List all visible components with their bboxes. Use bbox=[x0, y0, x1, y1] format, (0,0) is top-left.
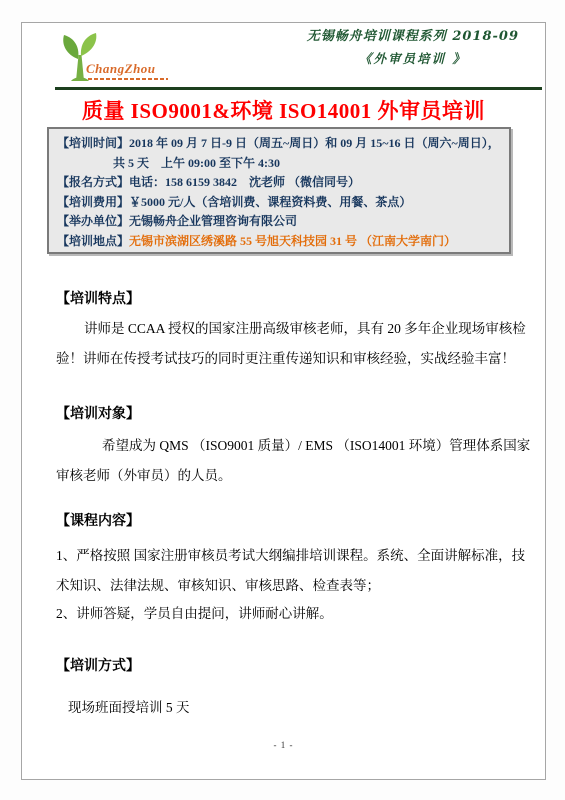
info-value: 2018 年 09 月 7 日-9 日（周五~周日）和 09 月 15~16 日… bbox=[129, 136, 500, 150]
info-label: 【举办单位】 bbox=[57, 214, 129, 228]
info-row-location: 【培训地点】无锡市滨湖区绣溪路 55 号旭天科技园 31 号 （江南大学南门） bbox=[57, 232, 509, 252]
section-heading-method: 【培训方式】 bbox=[56, 655, 140, 675]
info-row-fee: 【培训费用】￥5000 元/人（含培训费、课程资料费、用餐、茶点） bbox=[57, 193, 509, 213]
section-body-method: 现场班面授培训 5 天 bbox=[56, 693, 546, 723]
brand-underline bbox=[88, 78, 168, 80]
brand-text: ChangZhou bbox=[86, 61, 156, 77]
info-label: 【培训时间】 bbox=[57, 136, 129, 150]
course-info-box: 【培训时间】2018 年 09 月 7 日-9 日（周五~周日）和 09 月 1… bbox=[47, 127, 511, 254]
header-series: 无锡畅舟培训课程系列 2018-09 《外审员培训 》 bbox=[307, 28, 519, 67]
info-row-time: 【培训时间】2018 年 09 月 7 日-9 日（周五~周日）和 09 月 1… bbox=[57, 134, 509, 154]
info-value: 共 5 天 上午 09:00 至下午 4:30 bbox=[113, 156, 280, 170]
info-value: 无锡畅舟企业管理咨询有限公司 bbox=[129, 214, 297, 228]
course-content-item: 1、严格按照 国家注册审核员考试大纲编排培训课程。系统、全面讲解标准，技术知识、… bbox=[56, 541, 534, 601]
page-number: - 1 - bbox=[22, 740, 545, 750]
section-heading-features: 【培训特点】 bbox=[56, 288, 140, 308]
info-label: 【培训地点】 bbox=[57, 234, 129, 248]
screenshot-canvas: ChangZhou 无锡畅舟培训课程系列 2018-09 《外审员培训 》 质量… bbox=[0, 0, 565, 800]
page-title: 质量 ISO9001&环境 ISO14001 外审员培训 bbox=[22, 95, 545, 125]
series-line2: 《外审员培训 》 bbox=[307, 50, 519, 67]
section-heading-content: 【课程内容】 bbox=[56, 510, 140, 530]
info-value: ￥5000 元/人（含培训费、课程资料费、用餐、茶点） bbox=[129, 195, 411, 209]
info-row-organizer: 【举办单位】无锡畅舟企业管理咨询有限公司 bbox=[57, 212, 509, 232]
info-value-address: 无锡市滨湖区绣溪路 55 号旭天科技园 31 号 （江南大学南门） bbox=[129, 234, 456, 248]
section-body-features: 讲师是 CCAA 授权的国家注册高级审核老师，具有 20 多年企业现场审核检验！… bbox=[56, 314, 534, 374]
info-label: 【培训费用】 bbox=[57, 195, 129, 209]
info-row-signup: 【报名方式】电话：158 6159 3842 沈老师 （微信同号） bbox=[57, 173, 509, 193]
company-logo: ChangZhou bbox=[56, 31, 176, 87]
info-value: 电话：158 6159 3842 沈老师 （微信同号） bbox=[129, 175, 360, 189]
info-label: 【报名方式】 bbox=[57, 175, 129, 189]
section-body-audience: 希望成为 QMS （ISO9001 质量）/ EMS （ISO14001 环境）… bbox=[56, 431, 534, 491]
series-line1: 无锡畅舟培训课程系列 2018-09 bbox=[307, 28, 519, 45]
document-page: ChangZhou 无锡畅舟培训课程系列 2018-09 《外审员培训 》 质量… bbox=[21, 22, 546, 780]
course-content-item: 2、讲师答疑，学员自由提问，讲师耐心讲解。 bbox=[56, 599, 534, 629]
header-divider bbox=[55, 87, 542, 90]
info-row-time-cont: 共 5 天 上午 09:00 至下午 4:30 bbox=[57, 154, 509, 174]
section-heading-audience: 【培训对象】 bbox=[56, 403, 140, 423]
